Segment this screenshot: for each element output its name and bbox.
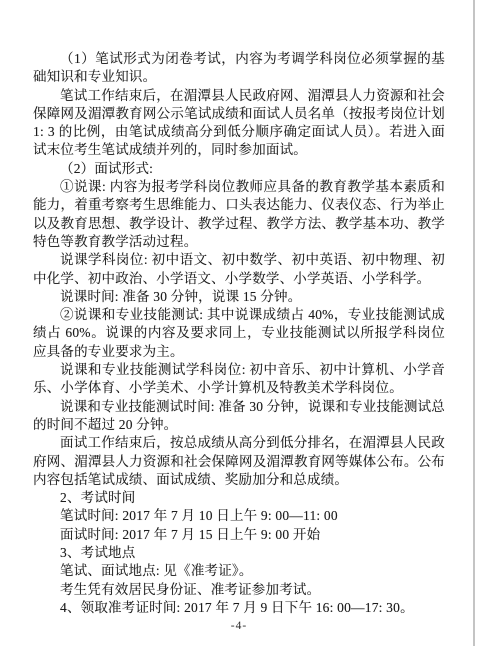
paragraph-13: 面试时间: 2017 年 7 月 15 日上午 9: 00 开始 — [33, 526, 445, 544]
paragraph-6: 说课时间: 准备 30 分钟，说课 15 分钟。 — [33, 288, 445, 306]
paragraph-17: 4、领取准考证时间: 2017 年 7 月 9 日下午 16: 00—17: 3… — [33, 599, 445, 617]
paragraph-8: 说课和专业技能测试学科岗位: 初中音乐、初中计算机、小学音乐、小学体育、小学美术… — [33, 361, 445, 398]
paragraph-5: 说课学科岗位: 初中语文、初中数学、初中英语、初中物理、初中化学、初中政治、小学… — [33, 251, 445, 288]
paragraph-4: ①说课: 内容为报考学科岗位教师应具备的教育教学基本素质和能力，着重考察考生思维… — [33, 178, 445, 251]
paragraph-16: 考生凭有效居民身份证、准考证参加考试。 — [33, 581, 445, 599]
scan-edge-line — [473, 0, 475, 646]
page-number: -4- — [0, 620, 478, 632]
paragraph-1: （1）笔试形式为闭卷考试，内容为考调学科岗位必须掌握的基础知识和专业知识。 — [33, 50, 445, 87]
document-body: （1）笔试形式为闭卷考试，内容为考调学科岗位必须掌握的基础知识和专业知识。笔试工… — [33, 50, 445, 617]
paragraph-2: 笔试工作结束后，在湄潭县人民政府网、湄潭县人力资源和社会保障网及湄潭教育网公示笔… — [33, 87, 445, 160]
paragraph-15: 笔试、面试地点: 见《准考证》。 — [33, 562, 445, 580]
paragraph-10: 面试工作结束后，按总成绩从高分到低分排名，在湄潭县人民政府网、湄潭县人力资源和社… — [33, 434, 445, 489]
paragraph-9: 说课和专业技能测试时间: 准备 30 分钟，说课和专业技能测试总的时间不超过 2… — [33, 398, 445, 435]
paragraph-11: 2、考试时间 — [33, 489, 445, 507]
paragraph-7: ②说课和专业技能测试: 其中说课成绩占 40%，专业技能测试成绩占 60%。说课… — [33, 306, 445, 361]
paragraph-14: 3、考试地点 — [33, 544, 445, 562]
document-page: （1）笔试形式为闭卷考试，内容为考调学科岗位必须掌握的基础知识和专业知识。笔试工… — [0, 0, 478, 646]
paragraph-3: （2）面试形式: — [33, 160, 445, 178]
paragraph-12: 笔试时间: 2017 年 7 月 10 日上午 9: 00—11: 00 — [33, 507, 445, 525]
